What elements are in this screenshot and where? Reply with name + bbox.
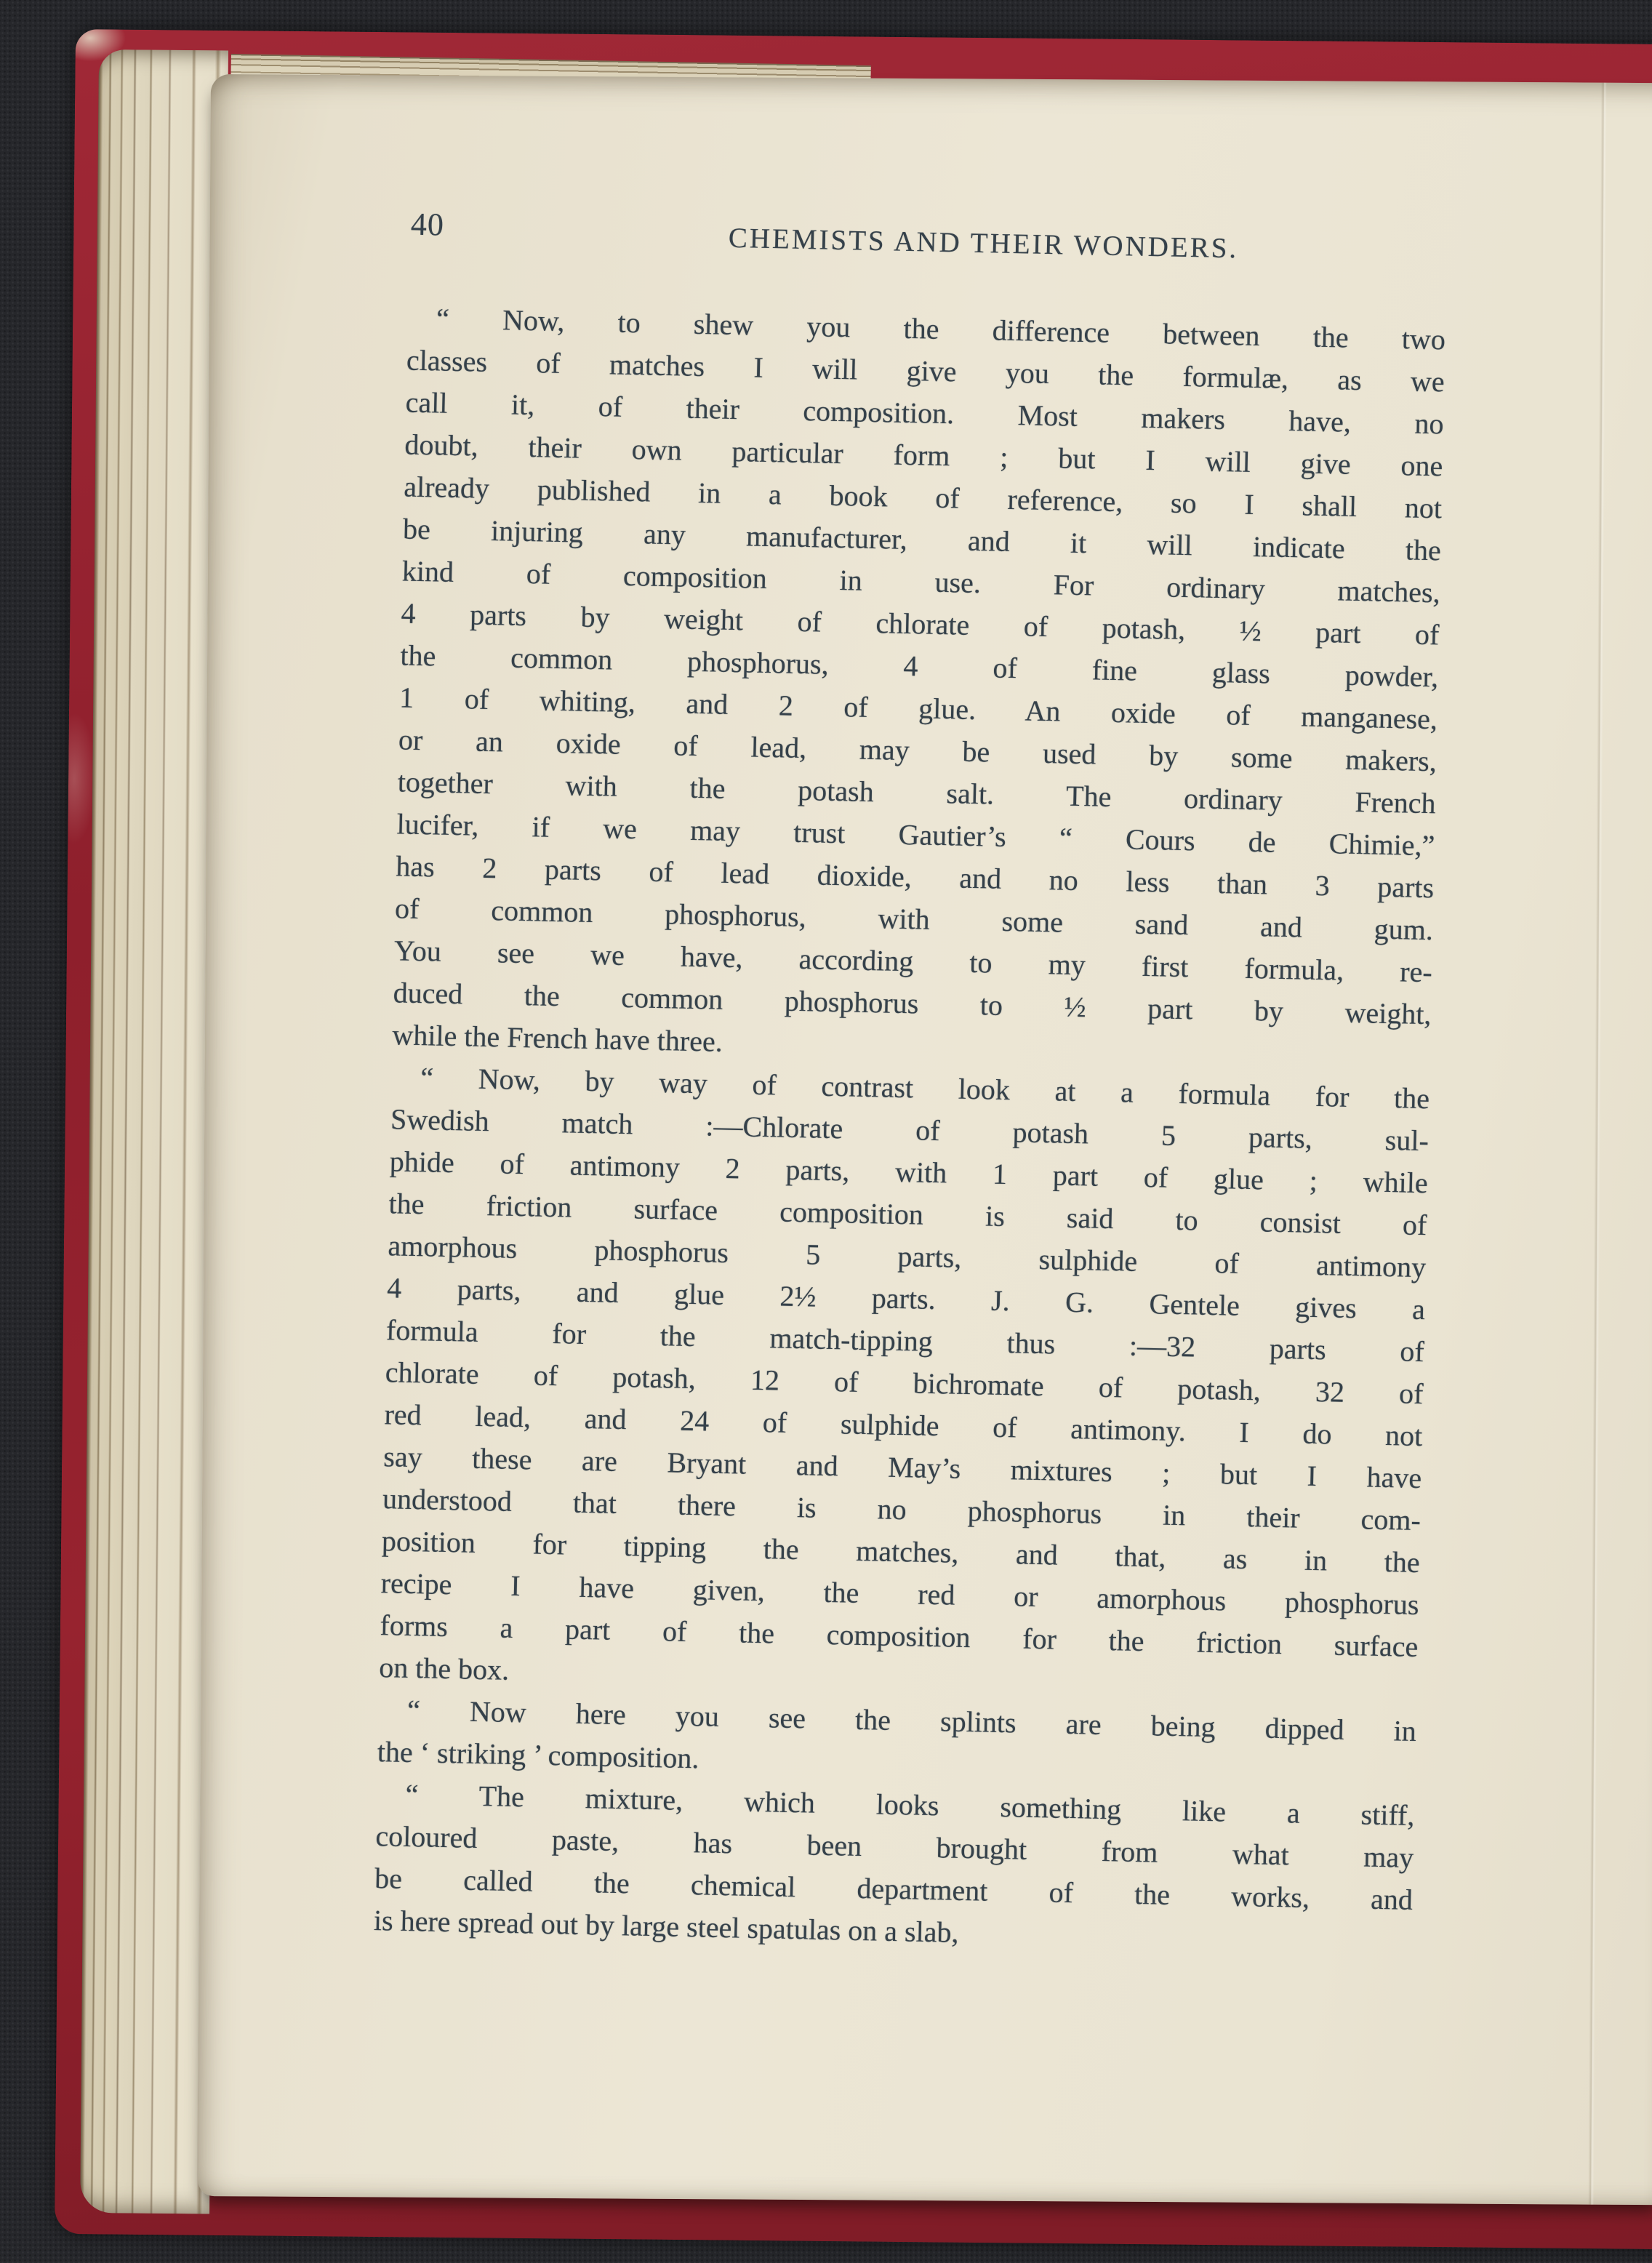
running-title: CHEMISTS AND THEIR WONDERS.	[464, 216, 1503, 271]
paragraph: “ Now, by way of contrast look at a form…	[379, 1056, 1430, 1710]
page-number: 40	[410, 206, 444, 244]
page-header: 40 CHEMISTS AND THEIR WONDERS.	[409, 206, 1448, 271]
text-column: 40 CHEMISTS AND THEIR WONDERS. “ Now, to…	[373, 206, 1448, 1963]
book-page: 40 CHEMISTS AND THEIR WONDERS. “ Now, to…	[198, 74, 1652, 2205]
page-text: “ Now, to shew you the difference betwee…	[373, 297, 1445, 1963]
paragraph: “ The mixture, which looks something lik…	[373, 1773, 1415, 1963]
page-content: 40 CHEMISTS AND THEIR WONDERS. “ Now, to…	[167, 73, 1652, 2225]
paragraph: “ Now, to shew you the difference betwee…	[392, 297, 1446, 1078]
photo-background: { "page": { "number": "40", "running_tit…	[0, 0, 1652, 2263]
